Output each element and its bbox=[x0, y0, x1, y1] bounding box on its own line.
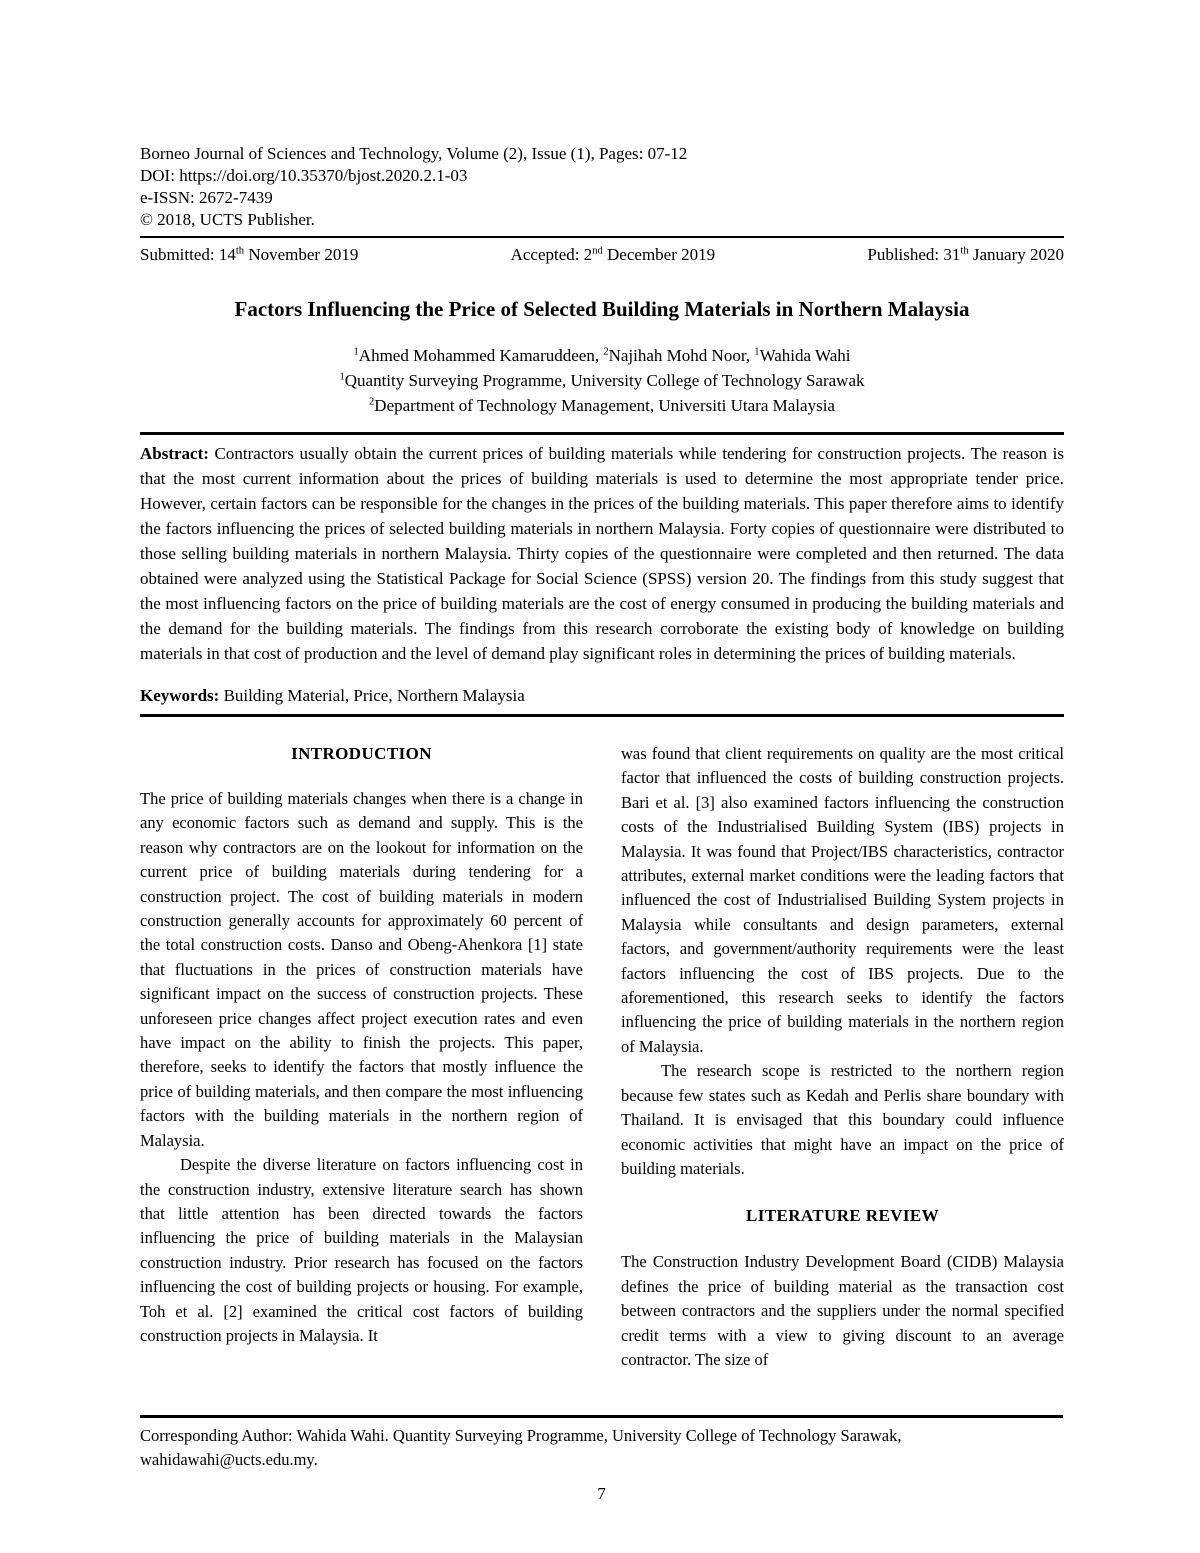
affiliation-2: 2Department of Technology Management, Un… bbox=[140, 393, 1064, 418]
left-column: INTRODUCTION The price of building mater… bbox=[140, 742, 583, 1372]
author-1-name: Ahmed Mohammed Kamaruddeen bbox=[359, 346, 595, 365]
literature-review-heading: LITERATURE REVIEW bbox=[621, 1204, 1064, 1228]
author-2-name: Najihah Mohd Noor bbox=[609, 346, 746, 365]
affiliation-2-text: Department of Technology Management, Uni… bbox=[374, 396, 835, 415]
keywords-bottom-rule bbox=[140, 714, 1064, 717]
published-ordinal: th bbox=[960, 245, 968, 256]
paper-title: Factors Influencing the Price of Selecte… bbox=[140, 296, 1064, 323]
accepted-label: Accepted: bbox=[511, 245, 580, 264]
submitted-ordinal: th bbox=[236, 245, 244, 256]
issn-line: e-ISSN: 2672-7439 bbox=[140, 187, 1064, 209]
page-content: Borneo Journal of Sciences and Technolog… bbox=[140, 143, 1064, 1372]
page-number: 7 bbox=[140, 1484, 1063, 1504]
abstract-label: Abstract: bbox=[140, 444, 209, 463]
author-3-name: Wahida Wahi bbox=[760, 346, 851, 365]
submitted-monthyear: November 2019 bbox=[248, 245, 358, 264]
literature-review-paragraph-1: The Construction Industry Development Bo… bbox=[621, 1250, 1064, 1372]
corresponding-author-line-1: Corresponding Author: Wahida Wahi. Quant… bbox=[140, 1424, 1063, 1448]
accepted-date: Accepted: 2nd December 2019 bbox=[511, 244, 716, 266]
keywords-text: Building Material, Price, Northern Malay… bbox=[219, 686, 524, 705]
doi-line: DOI: https://doi.org/10.35370/bjost.2020… bbox=[140, 165, 1064, 187]
right-column-paragraph-1: was found that client requirements on qu… bbox=[621, 742, 1064, 1059]
corresponding-author-line-2: wahidawahi@ucts.edu.my. bbox=[140, 1448, 1063, 1472]
two-column-body: INTRODUCTION The price of building mater… bbox=[140, 742, 1064, 1372]
submitted-date: Submitted: 14th November 2019 bbox=[140, 244, 358, 266]
journal-page: Borneo Journal of Sciences and Technolog… bbox=[0, 0, 1200, 1553]
published-day: 31 bbox=[943, 245, 960, 264]
abstract-top-rule bbox=[140, 432, 1064, 435]
affiliation-1-text: Quantity Surveying Programme, University… bbox=[345, 371, 865, 390]
accepted-monthyear: December 2019 bbox=[607, 245, 715, 264]
abstract-paragraph: Abstract: Contractors usually obtain the… bbox=[140, 441, 1064, 666]
published-label: Published: bbox=[867, 245, 939, 264]
abstract-text: Contractors usually obtain the current p… bbox=[140, 444, 1064, 663]
submitted-label: Submitted: bbox=[140, 245, 215, 264]
dates-row: Submitted: 14th November 2019 Accepted: … bbox=[140, 238, 1064, 270]
published-monthyear: January 2020 bbox=[973, 245, 1064, 264]
introduction-heading: INTRODUCTION bbox=[140, 742, 583, 766]
submitted-day: 14 bbox=[219, 245, 236, 264]
footer-divider bbox=[140, 1415, 1063, 1418]
published-date: Published: 31th January 2020 bbox=[867, 244, 1064, 266]
right-column-paragraph-2: The research scope is restricted to the … bbox=[621, 1059, 1064, 1181]
journal-citation-line: Borneo Journal of Sciences and Technolog… bbox=[140, 143, 1064, 165]
introduction-paragraph-2: Despite the diverse literature on factor… bbox=[140, 1153, 583, 1348]
introduction-paragraph-1: The price of building materials changes … bbox=[140, 787, 583, 1153]
authors-line: 1Ahmed Mohammed Kamaruddeen, 2Najihah Mo… bbox=[140, 343, 1064, 368]
keywords-line: Keywords: Building Material, Price, Nort… bbox=[140, 685, 1064, 707]
right-column: was found that client requirements on qu… bbox=[621, 742, 1064, 1372]
accepted-day: 2 bbox=[584, 245, 593, 264]
keywords-label: Keywords: bbox=[140, 686, 219, 705]
affiliation-1: 1Quantity Surveying Programme, Universit… bbox=[140, 368, 1064, 393]
page-footer: Corresponding Author: Wahida Wahi. Quant… bbox=[0, 1415, 1200, 1553]
copyright-line: © 2018, UCTS Publisher. bbox=[140, 209, 1064, 231]
accepted-ordinal: nd bbox=[592, 245, 603, 256]
